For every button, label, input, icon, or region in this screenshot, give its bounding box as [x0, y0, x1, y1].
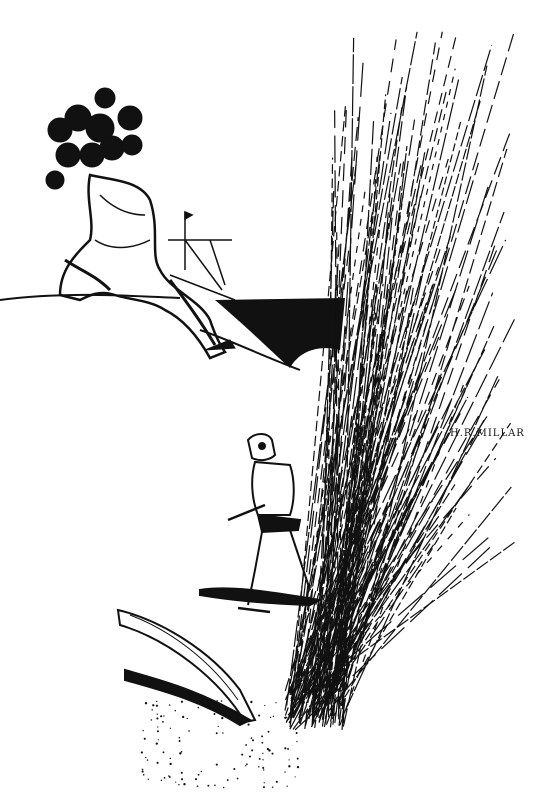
artist-signature: H.R.MILLAR — [450, 428, 525, 439]
ship-icon — [168, 212, 235, 300]
driftwood — [118, 610, 255, 725]
giant-figure — [46, 88, 235, 358]
illustration — [0, 0, 542, 800]
water-spray — [285, 32, 516, 730]
